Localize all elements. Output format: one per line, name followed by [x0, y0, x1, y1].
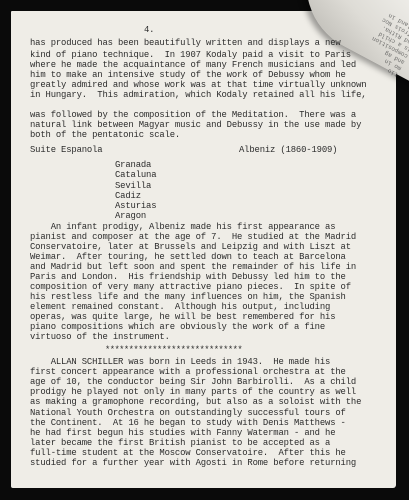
paragraph-line: prodigy he played not only in many parts…	[30, 387, 356, 397]
paragraph-line: where he made the acquaintance of many F…	[30, 60, 356, 70]
paragraph-line: both of the pentatonic scale.	[30, 130, 180, 140]
paragraph-line: was followed by the composition of the M…	[30, 110, 356, 120]
paragraph-line: age of 10, the conductor being Sir John …	[30, 377, 356, 387]
paragraph-line: later became the first British pianist t…	[30, 438, 330, 448]
paragraph-line: his restless life and the many influence…	[30, 292, 346, 302]
paragraph-line: ALLAN SCHILLER was born in Leeds in 1943…	[30, 357, 330, 367]
work-composer: Albeniz (1860-1909)	[239, 145, 337, 155]
paragraph-line: the Continent. At 16 he began to study w…	[30, 418, 346, 428]
movement-item: Sevilla	[115, 181, 151, 191]
paragraph-line: virtuoso of the instrument.	[30, 332, 170, 342]
paragraph-line: greatly admired and whose work was at th…	[30, 80, 366, 90]
asterisk-separator: *****************************	[105, 345, 242, 355]
paragraph-line: in Hungary. This admiration, which Kodal…	[30, 90, 366, 100]
paragraph-line: full-time student at the Moscow Conserva…	[30, 448, 346, 458]
movement-item: Granada	[115, 160, 151, 170]
paragraph-line: piano compositions which are obviously t…	[30, 322, 325, 332]
paragraph-line: and Madrid but left soon and spent the r…	[30, 262, 356, 272]
paragraph-line: operas, was quite large, he will be best…	[30, 312, 335, 322]
work-title: Suite Espanola	[30, 145, 102, 155]
paragraph-line: natural link between Magyar music and De…	[30, 120, 361, 130]
paragraph-line: kind of piano technique. In 1907 Kodaly …	[30, 50, 351, 60]
paragraph-line: composition of very many attractive pian…	[30, 282, 351, 292]
paragraph-line: National Youth Orchestra on outstandingl…	[30, 408, 346, 418]
paragraph-line: Weimar. After touring, he settled down t…	[30, 252, 346, 262]
movement-item: Cadiz	[115, 191, 141, 201]
paragraph-line: Paris and London. His friendship with De…	[30, 272, 346, 282]
paragraph-line: pianist and composer at the age of 7. He…	[30, 232, 356, 242]
paragraph-line: studied for a further year with Agosti i…	[30, 458, 356, 468]
movement-item: Asturias	[115, 201, 156, 211]
movement-item: Aragon	[115, 211, 146, 221]
paragraph-line: first concert appearance with a professi…	[30, 367, 346, 377]
paragraph-line: element remained constant. Although his …	[30, 302, 330, 312]
paragraph-line: him to make an intensive study of the wo…	[30, 70, 346, 80]
movement-item: Cataluna	[115, 170, 156, 180]
paragraph-line: as making a gramophone recording, but al…	[30, 397, 361, 407]
page-number: 4.	[144, 25, 154, 35]
paragraph-line: has produced has been beautifully writte…	[30, 38, 341, 48]
paragraph-line: he had first begun his studies with Fann…	[30, 428, 335, 438]
paragraph-line: Conservatoire, later at Brussels and Lei…	[30, 242, 351, 252]
paragraph-line: An infant prodigy, Albeniz made his firs…	[30, 222, 335, 232]
